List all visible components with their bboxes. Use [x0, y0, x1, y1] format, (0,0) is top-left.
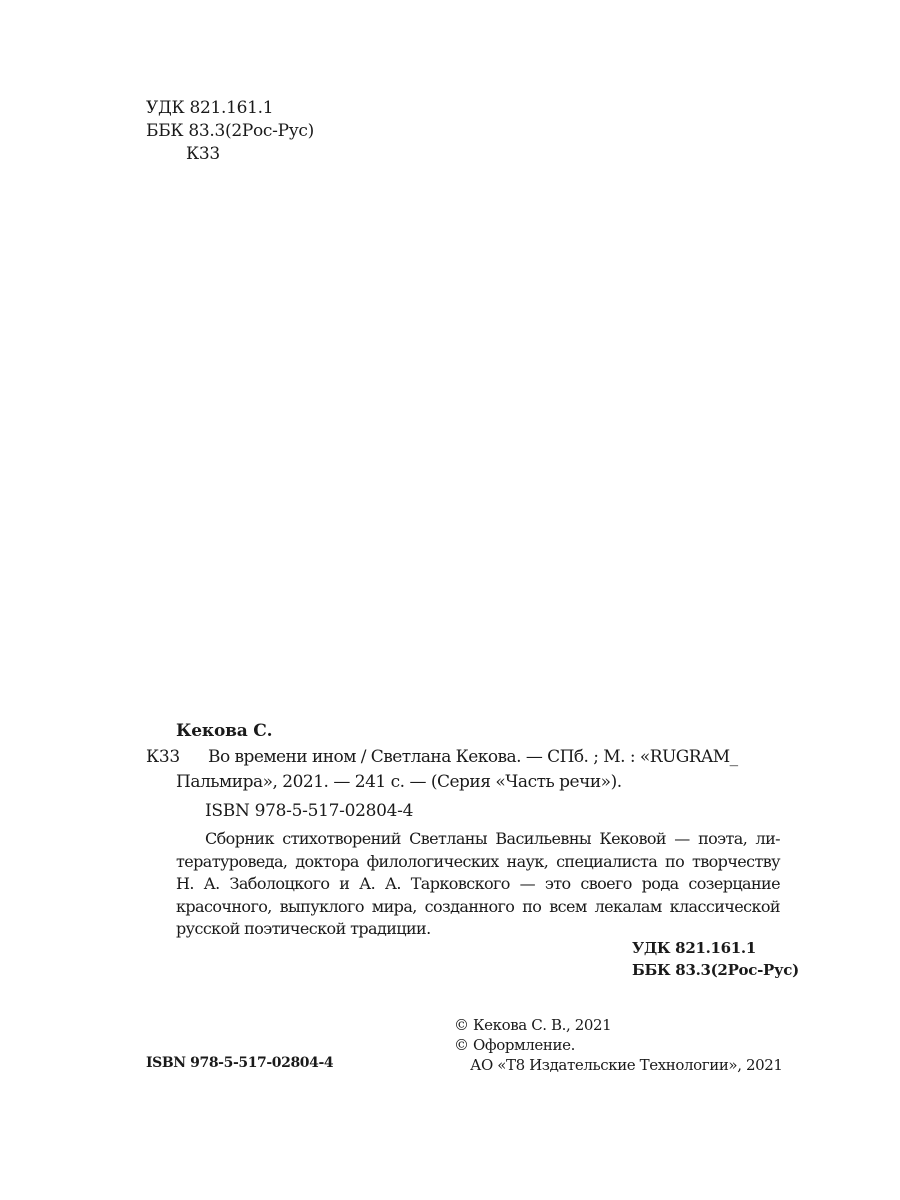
- catalog-isbn: ISBN 978-5-517-02804-4: [205, 800, 413, 823]
- annotation-paragraph: Сборник стихотворений Светланы Васильевн…: [176, 828, 780, 941]
- copyright-design: © Оформление.: [454, 1035, 783, 1055]
- catalog-bbk: ББК 83.3(2Рос-Рус): [632, 959, 799, 981]
- catalog-author-sign: К33: [146, 746, 180, 769]
- copyright-block: © Кекова С. В., 2021 © Оформление. АО «Т…: [454, 1015, 783, 1075]
- bbk-code: ББК 83.3(2Рос-Рус): [146, 120, 314, 143]
- copyright-author: © Кекова С. В., 2021: [454, 1015, 783, 1035]
- author-sign: К33: [146, 143, 314, 166]
- footer-isbn: ISBN 978-5-517-02804-4: [146, 1053, 333, 1073]
- catalog-author: Кекова С.: [176, 720, 272, 743]
- catalog-udk: УДК 821.161.1: [632, 937, 799, 959]
- annotation-line: Сборник стихотворений Светланы Васильевн…: [176, 828, 780, 851]
- annotation-line: Н. А. Заболоцкого и А. А. Тарковского — …: [176, 873, 780, 896]
- annotation-line: тературоведа, доктора филологических нау…: [176, 851, 780, 874]
- header-classification-codes: УДК 821.161.1 ББК 83.3(2Рос-Рус) К33: [146, 97, 314, 166]
- udk-code: УДК 821.161.1: [146, 97, 314, 120]
- copyright-publisher: АО «Т8 Издательские Технологии», 2021: [454, 1055, 783, 1075]
- annotation-line: красочного, выпуклого мира, созданного п…: [176, 896, 780, 919]
- catalog-title-line-2: Пальмира», 2021. — 241 с. — (Серия «Част…: [176, 771, 622, 794]
- catalog-classification-codes: УДК 821.161.1 ББК 83.3(2Рос-Рус): [632, 937, 799, 981]
- catalog-title-line-1: Во времени ином / Светлана Кекова. — СПб…: [208, 746, 738, 769]
